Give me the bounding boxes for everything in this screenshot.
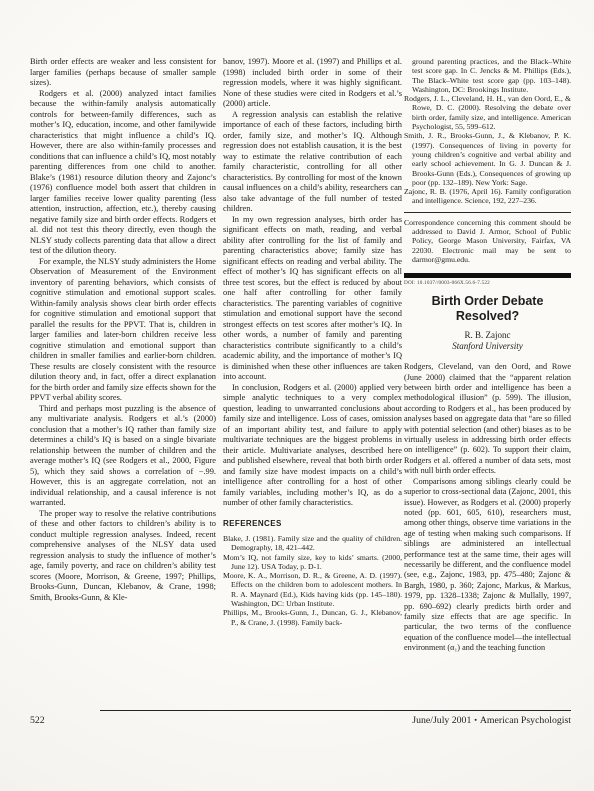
paragraph: The proper way to resolve the relative c… [30, 509, 216, 604]
article-body: Rodgers, Cleveland, van den Oord, and Ro… [404, 362, 571, 653]
paragraph: In my own regression analyses, birth ord… [223, 215, 402, 383]
doi-line: DOI: 10.1037//0003-066X.56.6-7.522 [404, 280, 571, 286]
footer-issue-date: June/July 2001 [412, 715, 471, 726]
article-affiliation: Stanford University [404, 341, 571, 351]
article-separator-bar [404, 273, 571, 278]
paragraph: Third and perhaps most puzzling is the a… [30, 404, 216, 509]
reference-entry: Smith, J. R., Brooks-Gunn, J., & Klebano… [404, 131, 571, 187]
paragraph: For example, the NLSY study administers … [30, 257, 216, 404]
reference-entry: Rodgers, J. L., Cleveland, H. H., van de… [404, 94, 571, 131]
references-list-continued: ground parenting practices, and the Blac… [404, 57, 571, 206]
reference-entry: Mom’s IQ, not family size, key to kids’ … [223, 553, 402, 572]
correspondence-note: Correspondence concerning this comment s… [404, 218, 571, 264]
article-title: Birth Order Debate Resolved? [412, 294, 563, 323]
paragraph: Rodgers, Cleveland, van den Oord, and Ro… [404, 362, 571, 476]
paragraph: A regression analysis can establish the … [223, 110, 402, 215]
page-number: 522 [30, 715, 45, 726]
section-divider [404, 212, 571, 213]
footer-journal-name: American Psychologist [480, 715, 571, 726]
right-column: ground parenting practices, and the Blac… [404, 57, 571, 703]
paragraph: Comparisons among siblings clearly could… [404, 477, 571, 654]
footer-bullet: ▪ [471, 716, 479, 724]
paragraph: In conclusion, Rodgers et al. (2000) app… [223, 383, 402, 509]
paragraph: Rodgers et al. (2000) analyzed intact fa… [30, 89, 216, 257]
footer-citation: June/July 2001▪American Psychologist [412, 715, 571, 726]
journal-page: Birth order effects are weaker and less … [0, 0, 594, 791]
reference-entry: ground parenting practices, and the Blac… [404, 57, 571, 94]
paragraph: banov, 1997). Moore et al. (1997) and Ph… [223, 57, 402, 110]
reference-entry: Zajonc, R. B. (1976, April 16). Family c… [404, 187, 571, 206]
reference-entry: Moore, K. A., Morrison, D. R., & Greene,… [223, 571, 402, 608]
left-column: Birth order effects are weaker and less … [30, 57, 216, 703]
reference-entry: Blake, J. (1981). Family size and the qu… [223, 534, 402, 553]
references-list: Blake, J. (1981). Family size and the qu… [223, 534, 402, 627]
paragraph: Birth order effects are weaker and less … [30, 57, 216, 89]
references-heading: REFERENCES [223, 519, 402, 530]
footer-rule [100, 710, 571, 711]
article-author: R. B. Zajonc [404, 330, 571, 340]
reference-entry: Phillips, M., Brooks-Gunn, J., Duncan, G… [223, 608, 402, 627]
middle-column: banov, 1997). Moore et al. (1997) and Ph… [223, 57, 402, 703]
